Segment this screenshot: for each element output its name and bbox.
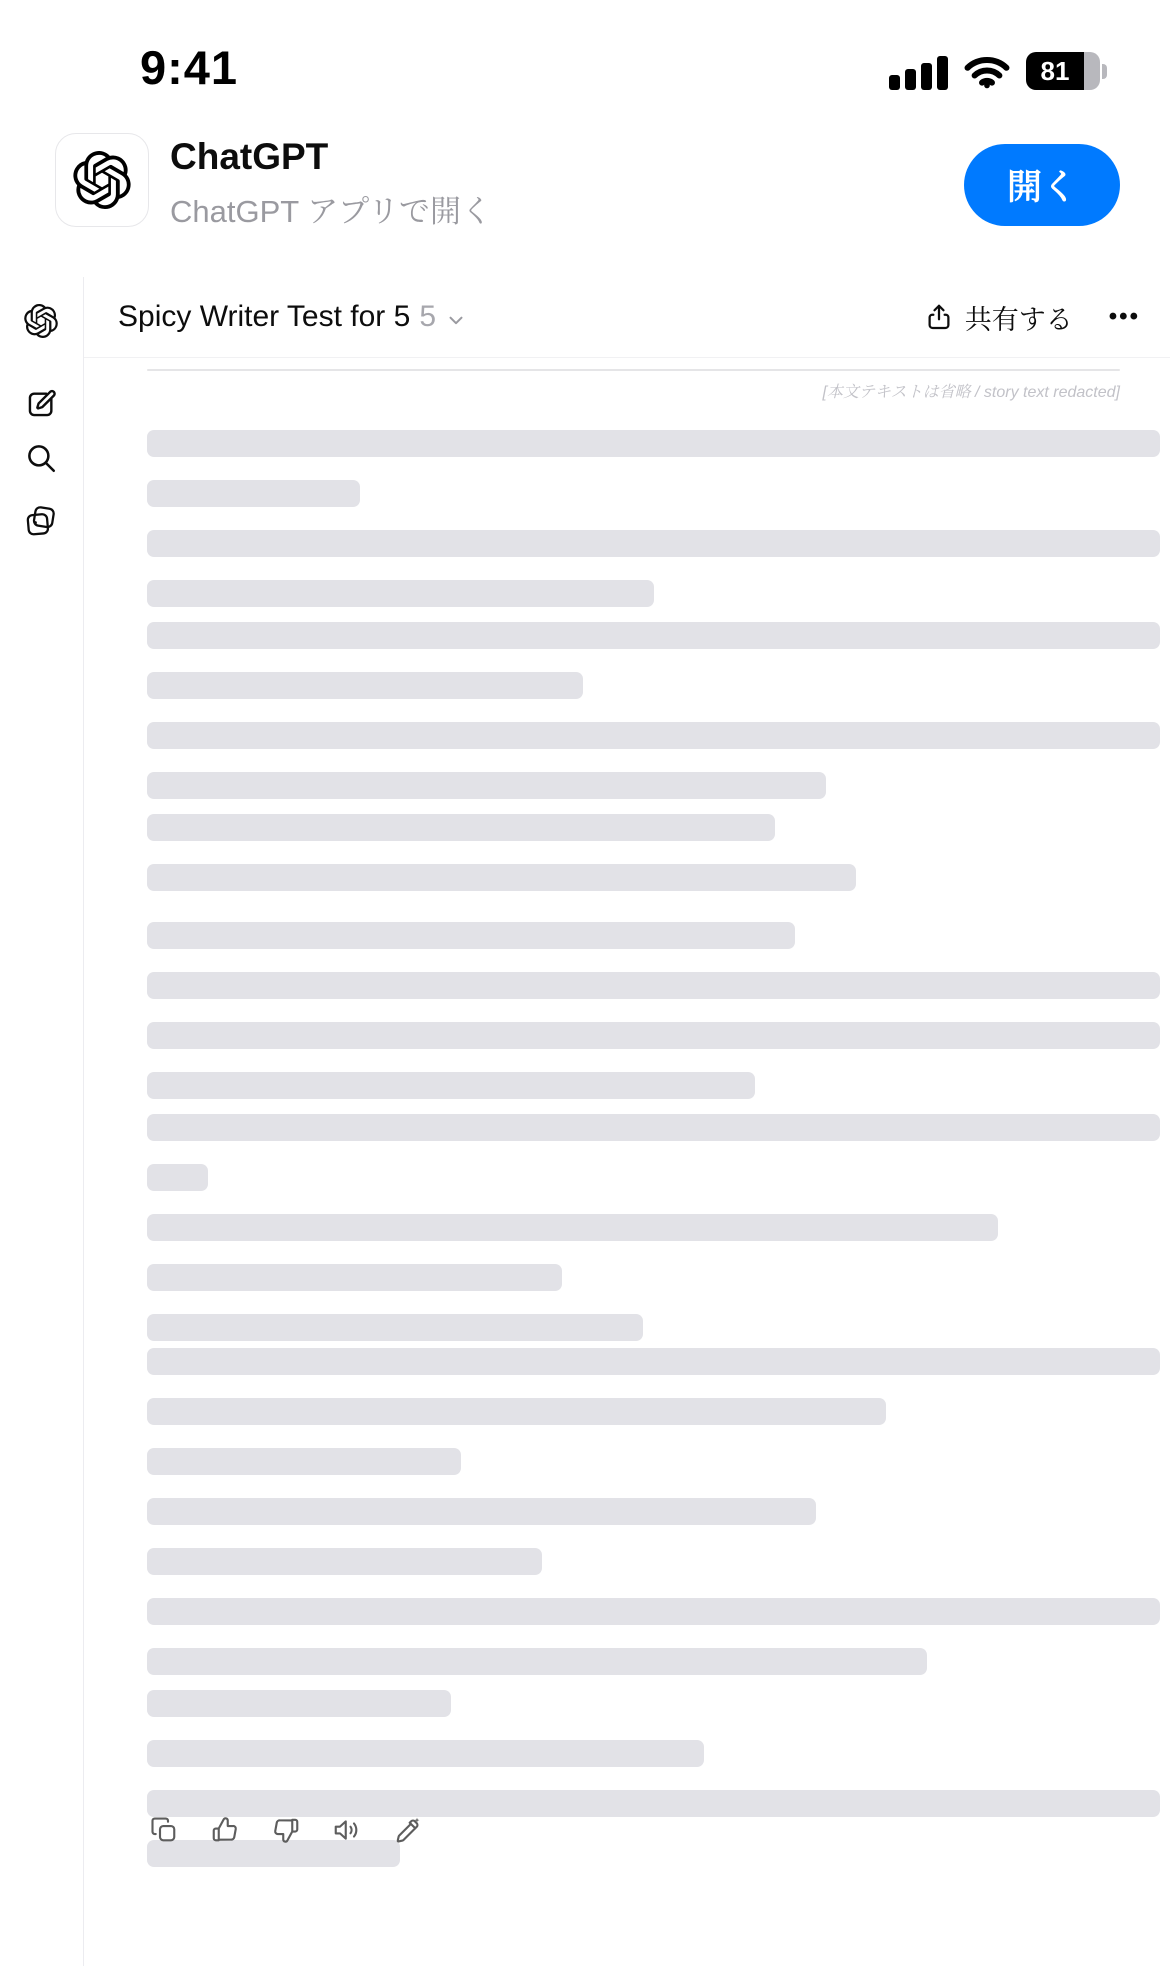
sidebar-chatgpt-logo[interactable]: [24, 304, 58, 338]
openai-logo-icon: [24, 304, 58, 338]
redacted-paragraph: [147, 914, 1160, 1114]
redacted-text-line: [147, 972, 1160, 1014]
thumbs-down-icon[interactable]: [271, 1815, 301, 1845]
redacted-text-line: [147, 1022, 1160, 1064]
sidebar: [0, 277, 84, 1966]
header-actions: 共有する •••: [924, 298, 1170, 337]
redacted-text-line: [147, 1690, 1160, 1732]
redacted-text-line: [147, 1348, 1160, 1390]
share-button[interactable]: 共有する: [924, 298, 1073, 337]
edit-icon[interactable]: [393, 1815, 423, 1845]
redacted-paragraph: [147, 1490, 1160, 1690]
redacted-text-line: [147, 922, 1160, 964]
battery-remainder: [1084, 52, 1100, 90]
banner-subtitle: ChatGPT アプリで開く: [170, 186, 492, 231]
redacted-text-line: [147, 1114, 1160, 1156]
smart-app-banner: ChatGPT ChatGPT アプリで開く 開く: [0, 120, 1170, 278]
read-aloud-icon[interactable]: [332, 1815, 362, 1845]
redacted-paragraph: [147, 422, 1160, 622]
status-bar: 9:41 81: [0, 0, 1170, 120]
sidebar-search[interactable]: [24, 441, 58, 475]
app-shell: Spicy Writer Test for 5 5 共有する ••• [本文テキ…: [0, 277, 1170, 1966]
redacted-text-line: [147, 1740, 1160, 1782]
openai-logo-icon: [73, 151, 131, 209]
share-label: 共有する: [965, 298, 1073, 337]
copy-icon[interactable]: [149, 1815, 179, 1845]
chat-header: Spicy Writer Test for 5 5 共有する •••: [84, 277, 1170, 358]
redacted-text-line: [147, 1448, 1160, 1490]
chatgpt-app-icon: [55, 133, 149, 227]
status-time: 9:41: [140, 40, 238, 95]
banner-app-name: ChatGPT: [170, 136, 328, 178]
cellular-signal-icon: [889, 54, 948, 90]
redacted-text-line: [147, 814, 1160, 856]
redacted-text-line: [147, 430, 1160, 472]
message-action-bar: [149, 1815, 423, 1845]
message-divider: [147, 369, 1120, 371]
redacted-paragraph: [147, 614, 1160, 814]
battery-nub: [1102, 64, 1107, 79]
redacted-text-line: [147, 1840, 1160, 1882]
conversation-title: Spicy Writer Test for 5: [118, 300, 410, 334]
conversation-title-dropdown[interactable]: Spicy Writer Test for 5 5: [118, 300, 467, 334]
redacted-text-line: [147, 864, 1160, 906]
sidebar-new-chat[interactable]: [24, 387, 58, 421]
sidebar-library[interactable]: [24, 504, 58, 538]
redacted-text-line: [147, 722, 1160, 764]
wifi-icon: [964, 54, 1010, 90]
redacted-text-line: [147, 1164, 1160, 1206]
battery-icon: 81: [1026, 52, 1108, 90]
thumbs-up-icon[interactable]: [210, 1815, 240, 1845]
redacted-paragraph: [147, 1682, 1160, 1882]
redacted-text-line: [147, 1598, 1160, 1640]
redacted-text-line: [147, 530, 1160, 572]
compose-icon: [24, 387, 58, 421]
redacted-text-line: [147, 480, 1160, 522]
battery-percent: 81: [1026, 52, 1084, 90]
status-icons: 81: [889, 52, 1108, 90]
redacted-text-line: [147, 1548, 1160, 1590]
library-icon: [24, 504, 58, 538]
share-icon: [924, 302, 954, 332]
redaction-notice: [本文テキストは省略 / story text redacted]: [822, 379, 1120, 402]
redacted-paragraph: [147, 1340, 1160, 1490]
redacted-paragraph: [147, 806, 1160, 906]
redacted-text-line: [147, 622, 1160, 664]
search-icon: [24, 441, 58, 475]
redacted-text-line: [147, 1498, 1160, 1540]
conversation-title-suffix: 5: [419, 300, 436, 334]
chevron-down-icon: [445, 309, 467, 331]
redacted-text-line: [147, 1214, 1160, 1256]
redacted-text-line: [147, 672, 1160, 714]
redacted-paragraph: [147, 1106, 1160, 1356]
redacted-text-line: [147, 1398, 1160, 1440]
open-app-button[interactable]: 開く: [964, 144, 1120, 226]
more-options-button[interactable]: •••: [1109, 303, 1140, 331]
assistant-message: [本文テキストは省略 / story text redacted]: [147, 357, 1160, 1966]
redacted-text-line: [147, 1264, 1160, 1306]
